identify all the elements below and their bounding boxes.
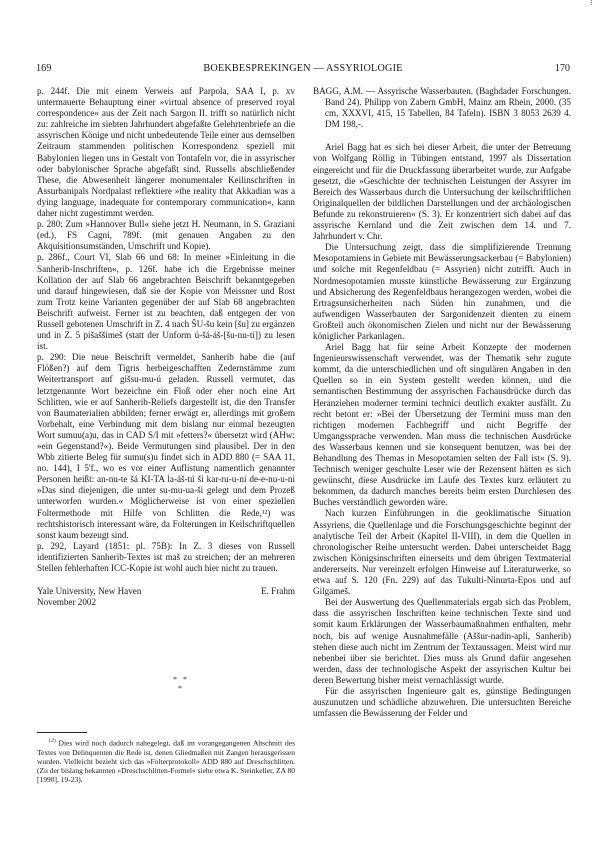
review-signature: Yale University, New Haven E. Frahm — [37, 586, 295, 597]
footnote-divider — [37, 732, 87, 733]
page-number-right: 170 — [555, 62, 570, 76]
review-note-paragraph: p. 290: Die neue Beischrift vermeldet, S… — [37, 352, 295, 541]
asterism-icon: * ** — [173, 675, 187, 693]
review-paragraph: Für die assyrischen Ingenieure galt es, … — [313, 686, 571, 719]
left-column: p. 244f. Die mit einem Verweis auf Parpo… — [37, 86, 295, 608]
footnote: 12) Dies wird noch dadurch nahegelegt, d… — [37, 737, 295, 784]
signature-place: Yale University, New Haven — [37, 586, 141, 597]
bibliographic-entry: BAGG, A.M. — Assyrische Wasserbauten. (B… — [313, 86, 571, 130]
review-paragraph: Ariel Bagg hat für seine Arbeit Konzepte… — [313, 342, 571, 508]
review-paragraph: Nach kurzen Einführungen in die geoklima… — [313, 508, 571, 597]
review-note-paragraph: p. 292, Layard (1851: pl. 75B): In Z. 3 … — [37, 541, 295, 574]
running-header: 169 BOEKBESPREKINGEN — ASSYRIOLOGIE 170 — [36, 62, 570, 76]
signature-author: E. Frahm — [261, 586, 295, 597]
review-paragraph: Die Untersuchung zeigt, dass die simplif… — [313, 242, 571, 342]
review-note-paragraph: p. 286f., Court VI, Slab 66 und 68: In m… — [37, 252, 295, 352]
right-column: BAGG, A.M. — Assyrische Wasserbauten. (B… — [313, 86, 571, 719]
review-note-paragraph: p. 244f. Die mit einem Verweis auf Parpo… — [37, 86, 295, 219]
review-paragraph: Bei der Auswertung des Quellenmaterials … — [313, 597, 571, 686]
section-ornament: * ** — [150, 675, 210, 693]
review-note-paragraph: p. 280: Zum »Hannover Bull« siehe jetzt … — [37, 219, 295, 252]
running-title: BOEKBESPREKINGEN — ASSYRIOLOGIE — [36, 62, 570, 76]
footnote-text: Dies wird noch dadurch nahegelegt, daß i… — [37, 739, 295, 784]
review-paragraph: Ariel Bagg hat es sich bei dieser Arbeit… — [313, 142, 571, 242]
signature-date: November 2002 — [37, 597, 295, 608]
footnote-marker: 12) — [48, 738, 55, 744]
scan-edge-marks: ⁝ — [590, 0, 596, 14]
